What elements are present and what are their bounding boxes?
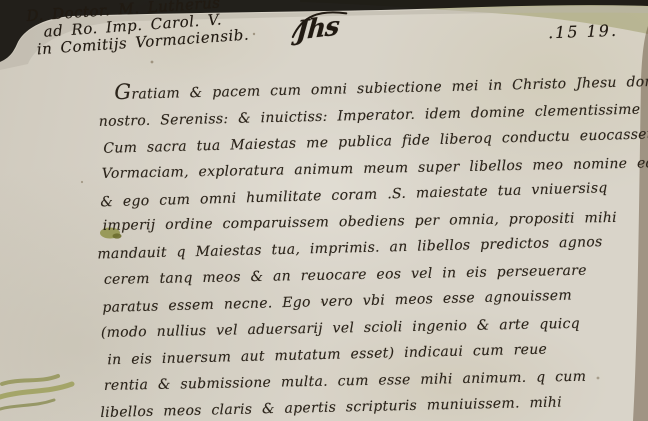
- invocation-mark: Jhs: [294, 12, 340, 47]
- paper-speck: [151, 61, 154, 64]
- bottom-left-squiggle: [0, 384, 72, 397]
- date-annotation: .15 19.: [548, 21, 619, 42]
- bottom-left-squiggle: [0, 400, 54, 409]
- invocation-text: Jhs: [295, 11, 340, 47]
- manuscript-heading: D. Doctor. M. Lutherus ad Ro. Imp. Carol…: [26, 0, 250, 59]
- paper-speck: [81, 181, 83, 183]
- bottom-left-squiggle: [2, 376, 58, 384]
- paper-speck: [253, 33, 255, 35]
- manuscript-page: D. Doctor. M. Lutherus ad Ro. Imp. Carol…: [0, 0, 648, 421]
- manuscript-body: Gratiam & pacem cum omni subiectione mei…: [98, 68, 647, 421]
